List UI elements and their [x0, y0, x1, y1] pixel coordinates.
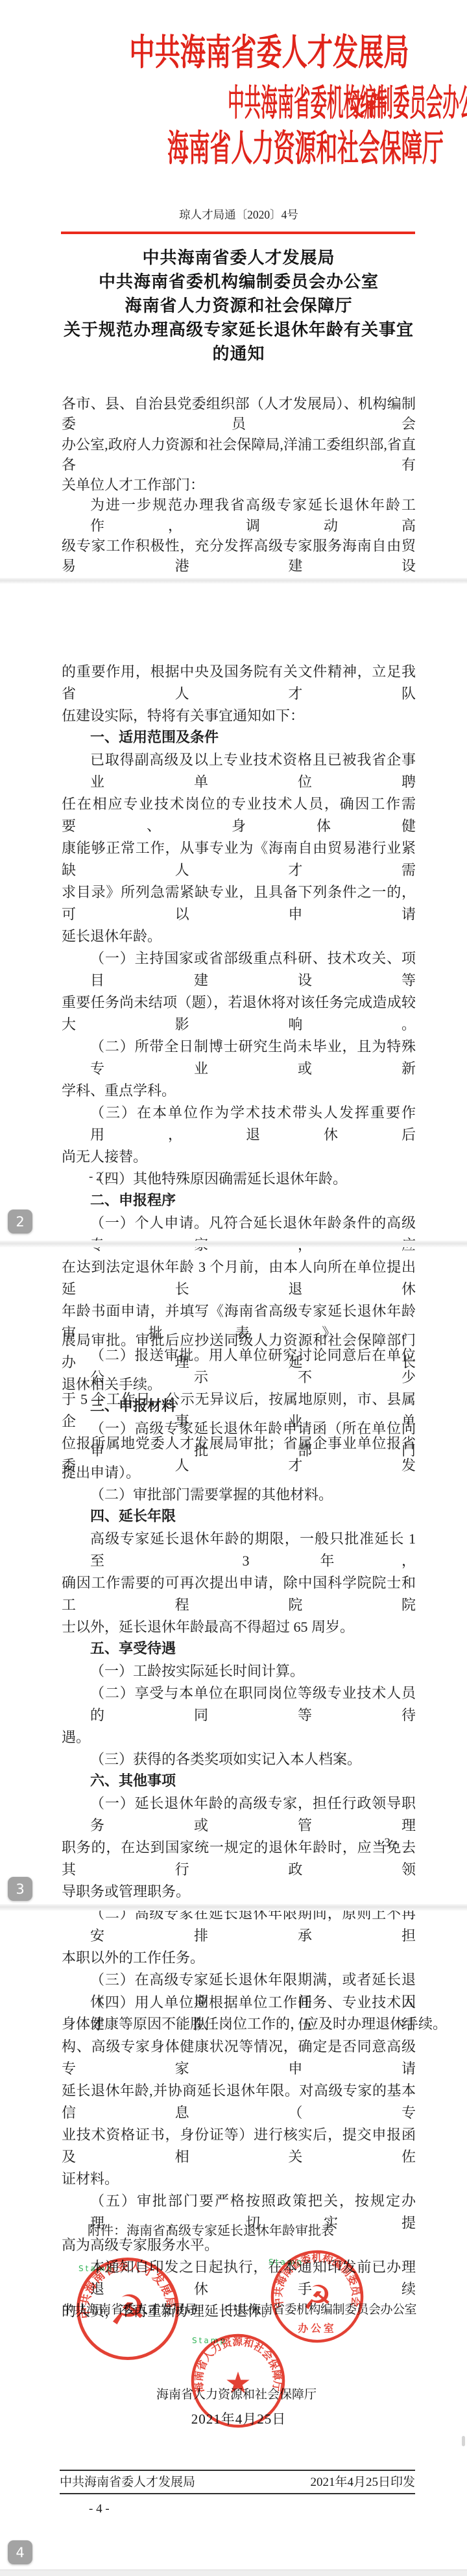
page-1-body: 各市、县、自治县党委组织部（人才发展局）、机构编制委员会办公室,政府人力资源和社… [62, 394, 416, 577]
page-number-2: - 2 - [62, 1169, 443, 1185]
attachment-line: 附件：海南省高级专家延长退休年龄审批表 [62, 2222, 416, 2240]
page-break-1 [0, 578, 467, 584]
text-line: 构、高级专家身体健康状况等情况，确定是否同意高级专家申请 [62, 2036, 416, 2080]
text-line: 遇。 [62, 1726, 416, 1748]
page-indicator-badge-2[interactable]: 2 [8, 1210, 32, 1234]
title-line: 中共海南省委人才发展局 [62, 246, 416, 270]
text-line: 本职以外的工作任务。 [62, 1947, 416, 1969]
text-line: 在达到法定退休年龄 3 个月前，由本人向所在单位提出延长退休 [62, 1256, 416, 1300]
letterhead-wenjian-label: 文件 [346, 91, 389, 122]
page-break-2 [0, 1241, 467, 1247]
official-seal-establishment-office: 中共海南省委机构编制委员会 ☭ 办公室 [269, 2248, 365, 2344]
text-line: （一）工龄按实际延长时间计算。 [62, 1660, 416, 1682]
text-line: 证材料。 [62, 2168, 416, 2190]
title-line: 的通知 [62, 342, 416, 366]
text-line: 业技术资格证书，身份证等）进行核实后，提交申报函及相关佐 [62, 2124, 416, 2168]
title-line: 海南省人力资源和社会保障厅 [62, 294, 416, 318]
hammer-sickle-icon: ☭ [110, 2287, 147, 2333]
text-line: 办公室,政府人力资源和社会保障局,洋浦工委组织部,省直各有 [62, 435, 416, 475]
text-line: （四）用人单位应根据单位工作任务、专业技术人才队伍结 [62, 1992, 416, 2036]
text-line: （三）在本单位作为学术技术带头人发挥重要作用，退休后 [62, 1102, 416, 1146]
text-line: 延长退休年龄,并协商延长退休年限。对高级专家的基本信息（专 [62, 2080, 416, 2124]
page-number-3: - 3 - [62, 1835, 416, 1851]
page-indicator-badge-3[interactable]: 3 [8, 1877, 32, 1901]
red-separator-rule [61, 232, 415, 234]
star-icon: ★ [224, 2367, 251, 2400]
text-line: 士以外，延长退休年龄最高不得超过 65 周岁。 [62, 1616, 416, 1638]
text-line: 三、申报材料 [62, 1396, 416, 1418]
footer-issuing-org: 中共海南省委人才发展局 [60, 2474, 195, 2491]
title-line: 关于规范办理高级专家延长退休年龄有关事宜 [62, 318, 416, 342]
document-number: 琼人才局通〔2020〕4号 [62, 208, 416, 222]
text-line: 六、其他事项 [62, 1771, 416, 1793]
footer-rule-top [60, 2470, 415, 2471]
text-line: 伍建设实际，特将有关事宜通知如下： [62, 705, 416, 727]
text-line: 已取得副高级及以上专业技术资格且已被我省企事业单位聘 [62, 749, 416, 793]
letterhead-line-3: 海南省人力资源和社会保障厅 [69, 128, 342, 170]
text-line: 任在相应专业技术岗位的专业技术人员，确因工作需要、身体健 [62, 793, 416, 837]
text-line: （一）主持国家或省部级重点科研、技术攻关、项目建设等 [62, 948, 416, 992]
text-line: 四、延长年限 [62, 1506, 416, 1528]
text-line: （二）享受与本单位在职同岗位等级专业技术人员的同等待 [62, 1682, 416, 1726]
text-line: 级专家工作积极性，充分发挥高级专家服务海南自由贸易港建设 [62, 536, 416, 577]
svg-text:办公室: 办公室 [298, 2322, 336, 2334]
text-line: （一）延长退休年龄的高级专家，担任行政领导职务或管理 [62, 1793, 416, 1837]
footer-rule-bottom [60, 2493, 415, 2494]
text-line: 导职务或管理职务。 [62, 1881, 416, 1903]
text-line: 关单位人才工作部门： [62, 475, 416, 495]
text-line: 确因工作需要的可再次提出申请，除中国科学院院士和工程院院 [62, 1572, 416, 1616]
page-3-body: 展局审批。审批后应抄送同级人力资源和社会保障部门办理延长退休相关手续。三、申报材… [62, 1330, 416, 2035]
text-line: 延长退休年龄。 [62, 925, 416, 948]
printing-footer: 中共海南省委人才发展局 2021年4月25日印发 [60, 2474, 415, 2491]
issue-date: 2021年4月25日 [62, 2409, 416, 2428]
footer-print-date: 2021年4月25日印发 [310, 2474, 415, 2491]
text-line: 的重要作用，根据中央及国务院有关文件精神，立足我省人才队 [62, 661, 416, 705]
letterhead-line-1: 中共海南省委人才发展局 [69, 32, 342, 74]
text-line: （三）获得的各类奖项如实记入本人档案。 [62, 1748, 416, 1771]
text-line: 求目录》所列急需紧缺专业，且具备下列条件之一的，可以申请 [62, 881, 416, 925]
text-line: （一）高级专家延长退休年龄申请函（所在单位向审批部门 [62, 1418, 416, 1462]
viewer-bottom-band [0, 2570, 467, 2576]
text-line: （一）个人申请。凡符合延长退休年龄条件的高级专家，应 [62, 1212, 416, 1256]
scrollbar-thumb[interactable] [462, 2436, 465, 2446]
hammer-sickle-icon: ☭ [302, 2280, 332, 2317]
text-line: 退休相关手续。 [62, 1374, 416, 1396]
text-line: 一、适用范围及条件 [62, 727, 416, 749]
text-line: 提出申请）。 [62, 1462, 416, 1484]
text-line: 重要任务尚未结项（题），若退休将对该任务完成造成较大影响。 [62, 992, 416, 1036]
page-indicator-badge-4[interactable]: 4 [8, 2540, 32, 2564]
text-line: 展局审批。审批后应抄送同级人力资源和社会保障部门办理延长 [62, 1330, 416, 1374]
text-line: 五、享受待遇 [62, 1638, 416, 1660]
document-title: 中共海南省委人才发展局中共海南省委机构编制委员会办公室海南省人力资源和社会保障厅… [62, 246, 416, 366]
page-number-4: - 4 - [62, 2501, 443, 2517]
official-seal-talent-bureau: 中共海南省委人才发展局 ☭ [75, 2256, 181, 2362]
text-line: 尚无人接替。 [62, 1146, 416, 1168]
text-line: 学科、重点学科。 [62, 1080, 416, 1102]
text-line: （二）审批部门需要掌握的其他材料。 [62, 1484, 416, 1506]
text-line: 各市、县、自治县党委组织部（人才发展局）、机构编制委员会 [62, 394, 416, 435]
document-viewer: 中共海南省委人才发展局 中共海南省委机构编制委员会办公室 文件 海南省人力资源和… [0, 0, 467, 2576]
title-line: 中共海南省委机构编制委员会办公室 [62, 270, 416, 294]
text-line: 二、申报程序 [62, 1190, 416, 1212]
text-line: 为进一步规范办理我省高级专家延长退休年龄工作，调动高 [62, 495, 416, 536]
page-break-3 [0, 1904, 467, 1911]
letterhead-line-2: 中共海南省委机构编制委员会办公室 [69, 83, 342, 125]
text-line: 康能够正常工作，从事专业为《海南自由贸易港行业紧缺人才需 [62, 837, 416, 881]
text-line: （二）所带全日制博士研究生尚未毕业，且为特殊专业或新 [62, 1036, 416, 1080]
text-line: 高级专家延长退休年龄的期限，一般只批准延长 1 至 3 年， [62, 1528, 416, 1572]
